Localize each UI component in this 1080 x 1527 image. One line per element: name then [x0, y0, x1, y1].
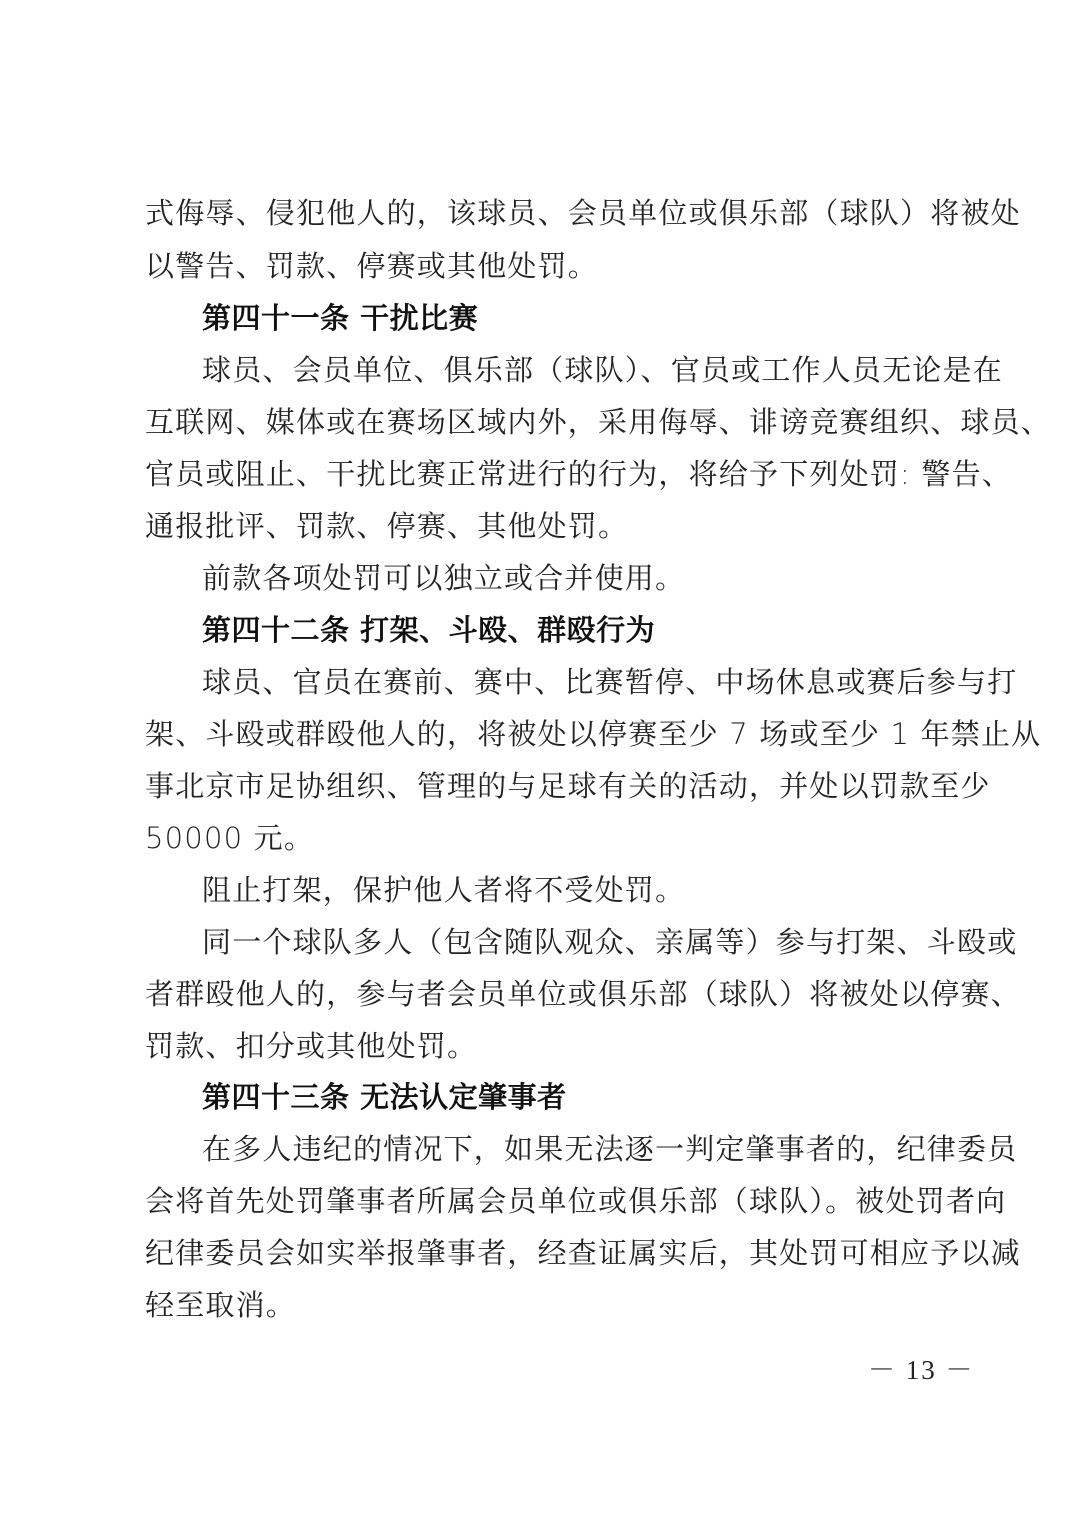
article-43-paragraph-1: 纪律委员会如实举报肇事者，经查证属实后，其处罚可相应予以减	[145, 1233, 1021, 1273]
article-42-paragraph-1: 50000 元。	[145, 818, 314, 858]
article-41-paragraph-1: 官员或阻止、干扰比赛正常进行的行为，将给予下列处罚: 警告、	[145, 454, 1012, 494]
article-41-paragraph-2: 前款各项处罚可以独立或合并使用。	[202, 558, 685, 598]
article-42-paragraph-3: 同一个球队多人（包含随队观众、亲属等）参与打架、斗殴或	[202, 922, 1017, 962]
article-41-paragraph-1: 互联网、媒体或在赛场区域内外，采用侮辱、诽谤竞赛组织、球员、	[145, 402, 1051, 442]
body-text-line: 以警告、罚款、停赛或其他处罚。	[145, 246, 598, 286]
article-42-paragraph-3: 罚款、扣分或其他处罚。	[145, 1026, 477, 1066]
article-42-paragraph-1: 球员、官员在赛前、赛中、比赛暂停、中场休息或赛后参与打	[202, 662, 1017, 702]
document-page: 式侮辱、侵犯他人的，该球员、会员单位或俱乐部（球队）将被处 以警告、罚款、停赛或…	[0, 0, 1080, 1527]
article-42-paragraph-1: 架、斗殴或群殴他人的，将被处以停赛至少 7 场或至少 1 年禁止从	[145, 714, 1041, 754]
article-43-paragraph-1: 会将首先处罚肇事者所属会员单位或俱乐部（球队）。被处罚者向	[145, 1181, 1006, 1221]
article-41-heading: 第四十一条 干扰比赛	[202, 298, 478, 338]
article-43-paragraph-1: 在多人违纪的情况下，如果无法逐一判定肇事者的，纪律委员	[202, 1129, 1017, 1169]
article-42-heading: 第四十二条 打架、斗殴、群殴行为	[202, 610, 655, 650]
article-43-heading: 第四十三条 无法认定肇事者	[202, 1077, 567, 1117]
article-42-paragraph-3: 者群殴他人的，参与者会员单位或俱乐部（球队）将被处以停赛、	[145, 974, 1021, 1014]
article-42-paragraph-2: 阻止打架，保护他人者将不受处罚。	[202, 870, 685, 910]
article-41-paragraph-1: 球员、会员单位、俱乐部（球队）、官员或工作人员无论是在	[202, 350, 1003, 390]
body-text-line: 式侮辱、侵犯他人的，该球员、会员单位或俱乐部（球队）将被处	[145, 193, 1021, 233]
article-41-paragraph-1: 通报批评、罚款、停赛、其他处罚。	[145, 506, 628, 546]
article-42-paragraph-1: 事北京市足协组织、管理的与足球有关的活动，并处以罚款至少	[145, 766, 991, 806]
page-number: － 13 －	[868, 1352, 975, 1388]
article-43-paragraph-1: 轻至取消。	[145, 1285, 296, 1325]
